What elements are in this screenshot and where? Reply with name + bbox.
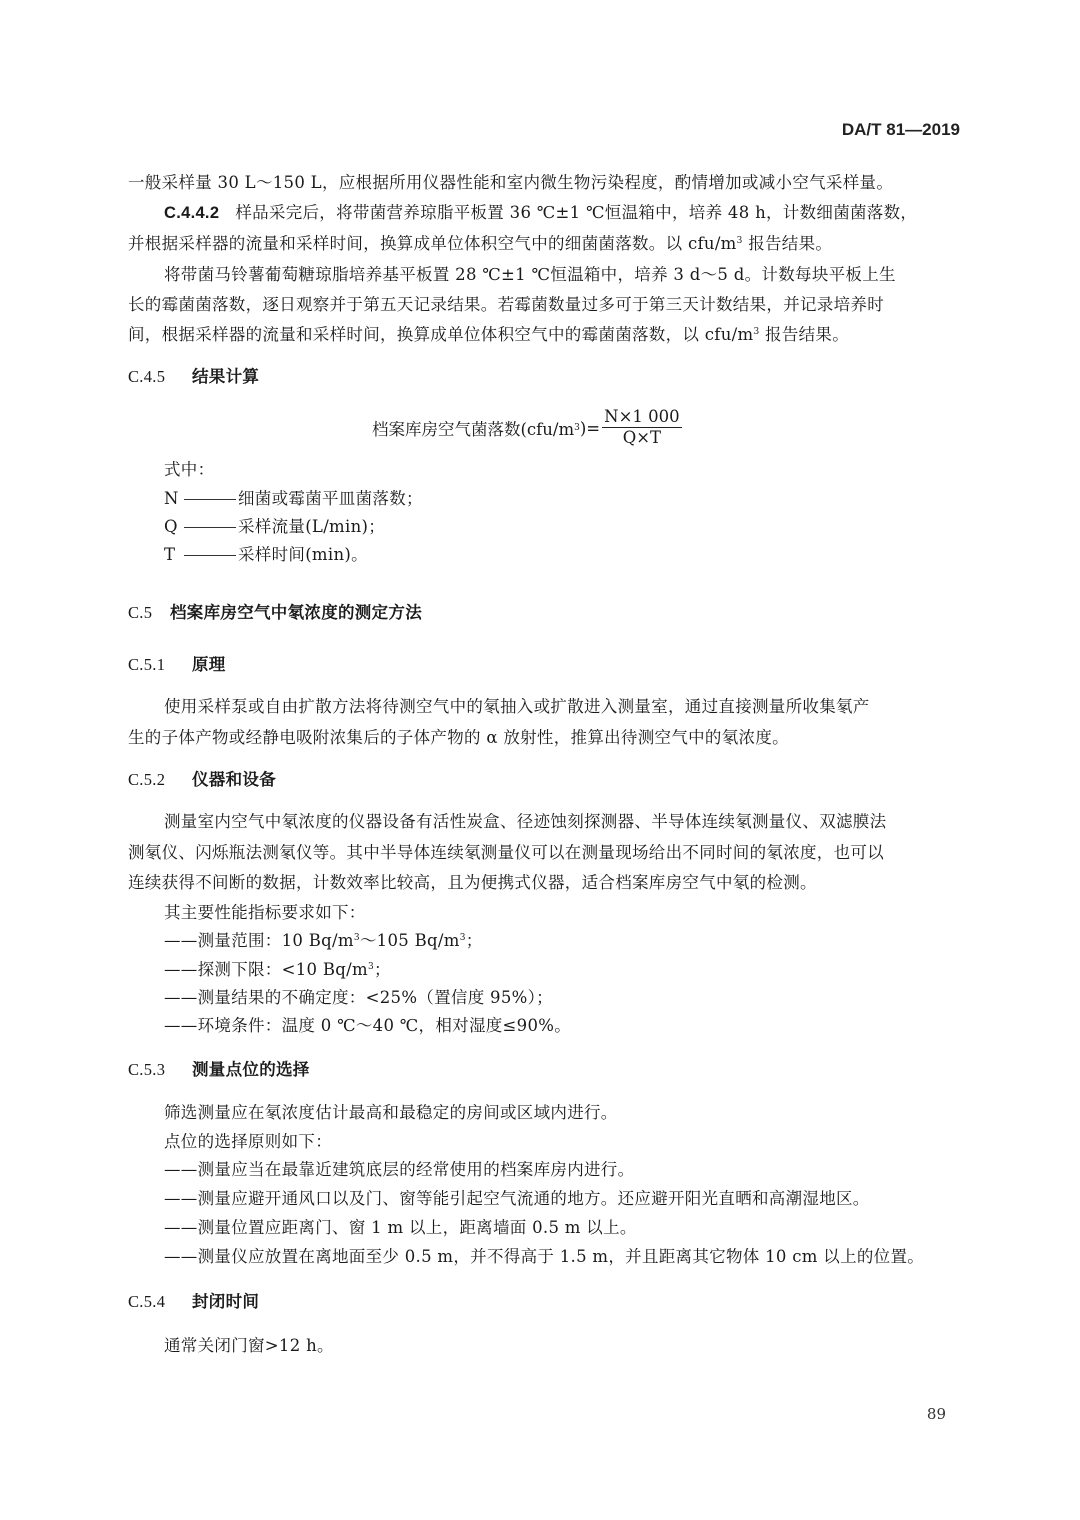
section-heading-c51: C.5.1原理 (128, 655, 958, 675)
list-item: ——环境条件：温度 0 ℃～40 ℃，相对湿度≤90%。 (164, 1016, 994, 1036)
section-title: 仪器和设备 (192, 771, 276, 789)
list-item: ——测量范围：10 Bq/m3～105 Bq/m3； (164, 931, 994, 951)
section-title: 封闭时间 (192, 1293, 259, 1311)
paragraph-line: 通常关闭门窗>12 h。 (164, 1336, 994, 1356)
list-item: ——测量仪应放置在离地面至少 0.5 m，并不得高于 1.5 m，并且距离其它物… (164, 1247, 994, 1267)
section-heading-c54: C.5.4封闭时间 (128, 1292, 958, 1312)
clause-number: C.5.2 (128, 770, 192, 790)
variable-definition: Q采样流量(L/min)； (164, 517, 994, 537)
denominator: Q×T (623, 428, 661, 448)
section-title: 原理 (192, 656, 226, 674)
list-item: ——探测下限：<10 Bq/m3； (164, 960, 994, 980)
list-item: ——测量应避开通风口以及门、窗等能引起空气流通的地方。还应避开阳光直晒和高潮湿地… (164, 1189, 994, 1209)
section-title: 测量点位的选择 (192, 1061, 310, 1079)
paragraph-line: 并根据采样器的流量和采样时间，换算成单位体积空气中的细菌菌落数。以 cfu/m3… (128, 234, 958, 254)
paragraph-line: 将带菌马铃薯葡萄糖琼脂培养基平板置 28 ℃±1 ℃恒温箱中，培养 3 d～5 … (164, 265, 994, 285)
paragraph-line: 一般采样量 30 L～150 L，应根据所用仪器性能和室内微生物污染程度，酌情增… (128, 173, 958, 193)
section-heading-c5: C.5档案库房空气中氡浓度的测定方法 (128, 603, 958, 623)
paragraph-line: 样品采完后，将带菌营养琼脂平板置 36 ℃±1 ℃恒温箱中，培养 48 h，计数… (235, 203, 917, 222)
clause-number: C.4.5 (128, 367, 192, 387)
paragraph-line: 间，根据采样器的流量和采样时间，换算成单位体积空气中的霉菌菌落数，以 cfu/m… (128, 325, 958, 345)
paragraph-line: 长的霉菌菌落数，逐日观察并于第五天记录结果。若霉菌数量过多可于第三天计数结果，并… (128, 295, 958, 315)
section-title: 结果计算 (192, 368, 259, 386)
clause-c442: C.4.4.2样品采完后，将带菌营养琼脂平板置 36 ℃±1 ℃恒温箱中，培养 … (164, 203, 994, 223)
where-label: 式中： (164, 460, 994, 480)
paragraph-line: 筛选测量应在氡浓度估计最高和最稳定的房间或区域内进行。 (164, 1103, 994, 1123)
page-number: 89 (927, 1405, 946, 1423)
section-heading-c52: C.5.2仪器和设备 (128, 770, 958, 790)
variable-definition: T采样时间(min)。 (164, 545, 994, 565)
document-code: DA/T 81—2019 (842, 120, 960, 140)
formula-fraction: N×1 000 Q×T (602, 408, 682, 448)
clause-number: C.5.3 (128, 1060, 192, 1080)
list-intro: 其主要性能指标要求如下： (164, 903, 994, 923)
paragraph-line: 点位的选择原则如下： (164, 1132, 994, 1152)
paragraph-line: 连续获得不间断的数据，计数效率比较高，且为便携式仪器，适合档案库房空气中氡的检测… (128, 873, 958, 893)
section-title: 档案库房空气中氡浓度的测定方法 (170, 604, 422, 622)
variable-definition: N细菌或霉菌平皿菌落数； (164, 489, 994, 509)
section-heading-c45: C.4.5结果计算 (128, 367, 958, 387)
paragraph-line: 生的子体产物或经静电吸附浓集后的子体产物的 α 放射性，推算出待测空气中的氡浓度… (128, 728, 958, 748)
list-item: ——测量位置应距离门、窗 1 m 以上，距离墙面 0.5 m 以上。 (164, 1218, 994, 1238)
paragraph-line: 测氡仪、闪烁瓶法测氡仪等。其中半导体连续氡测量仪可以在测量现场给出不同时间的氡浓… (128, 843, 958, 863)
list-item: ——测量应当在最靠近建筑底层的经常使用的档案库房内进行。 (164, 1160, 994, 1180)
clause-number: C.4.4.2 (164, 204, 219, 222)
clause-number: C.5.1 (128, 655, 192, 675)
clause-number: C.5.4 (128, 1292, 192, 1312)
numerator: N×1 000 (602, 408, 682, 428)
document-page: DA/T 81—2019 一般采样量 30 L～150 L，应根据所用仪器性能和… (0, 0, 1080, 1520)
list-item: ——测量结果的不确定度：<25%（置信度 95%）； (164, 988, 994, 1008)
clause-number: C.5 (128, 603, 170, 623)
section-heading-c53: C.5.3测量点位的选择 (128, 1060, 958, 1080)
paragraph-line: 测量室内空气中氡浓度的仪器设备有活性炭盒、径迹蚀刻探测器、半导体连续氡测量仪、双… (164, 812, 994, 832)
paragraph-line: 使用采样泵或自由扩散方法将待测空气中的氡抽入或扩散进入测量室，通过直接测量所收集… (164, 697, 994, 717)
formula: 档案库房空气菌落数(cfu/m3)= N×1 000 Q×T (372, 408, 682, 448)
